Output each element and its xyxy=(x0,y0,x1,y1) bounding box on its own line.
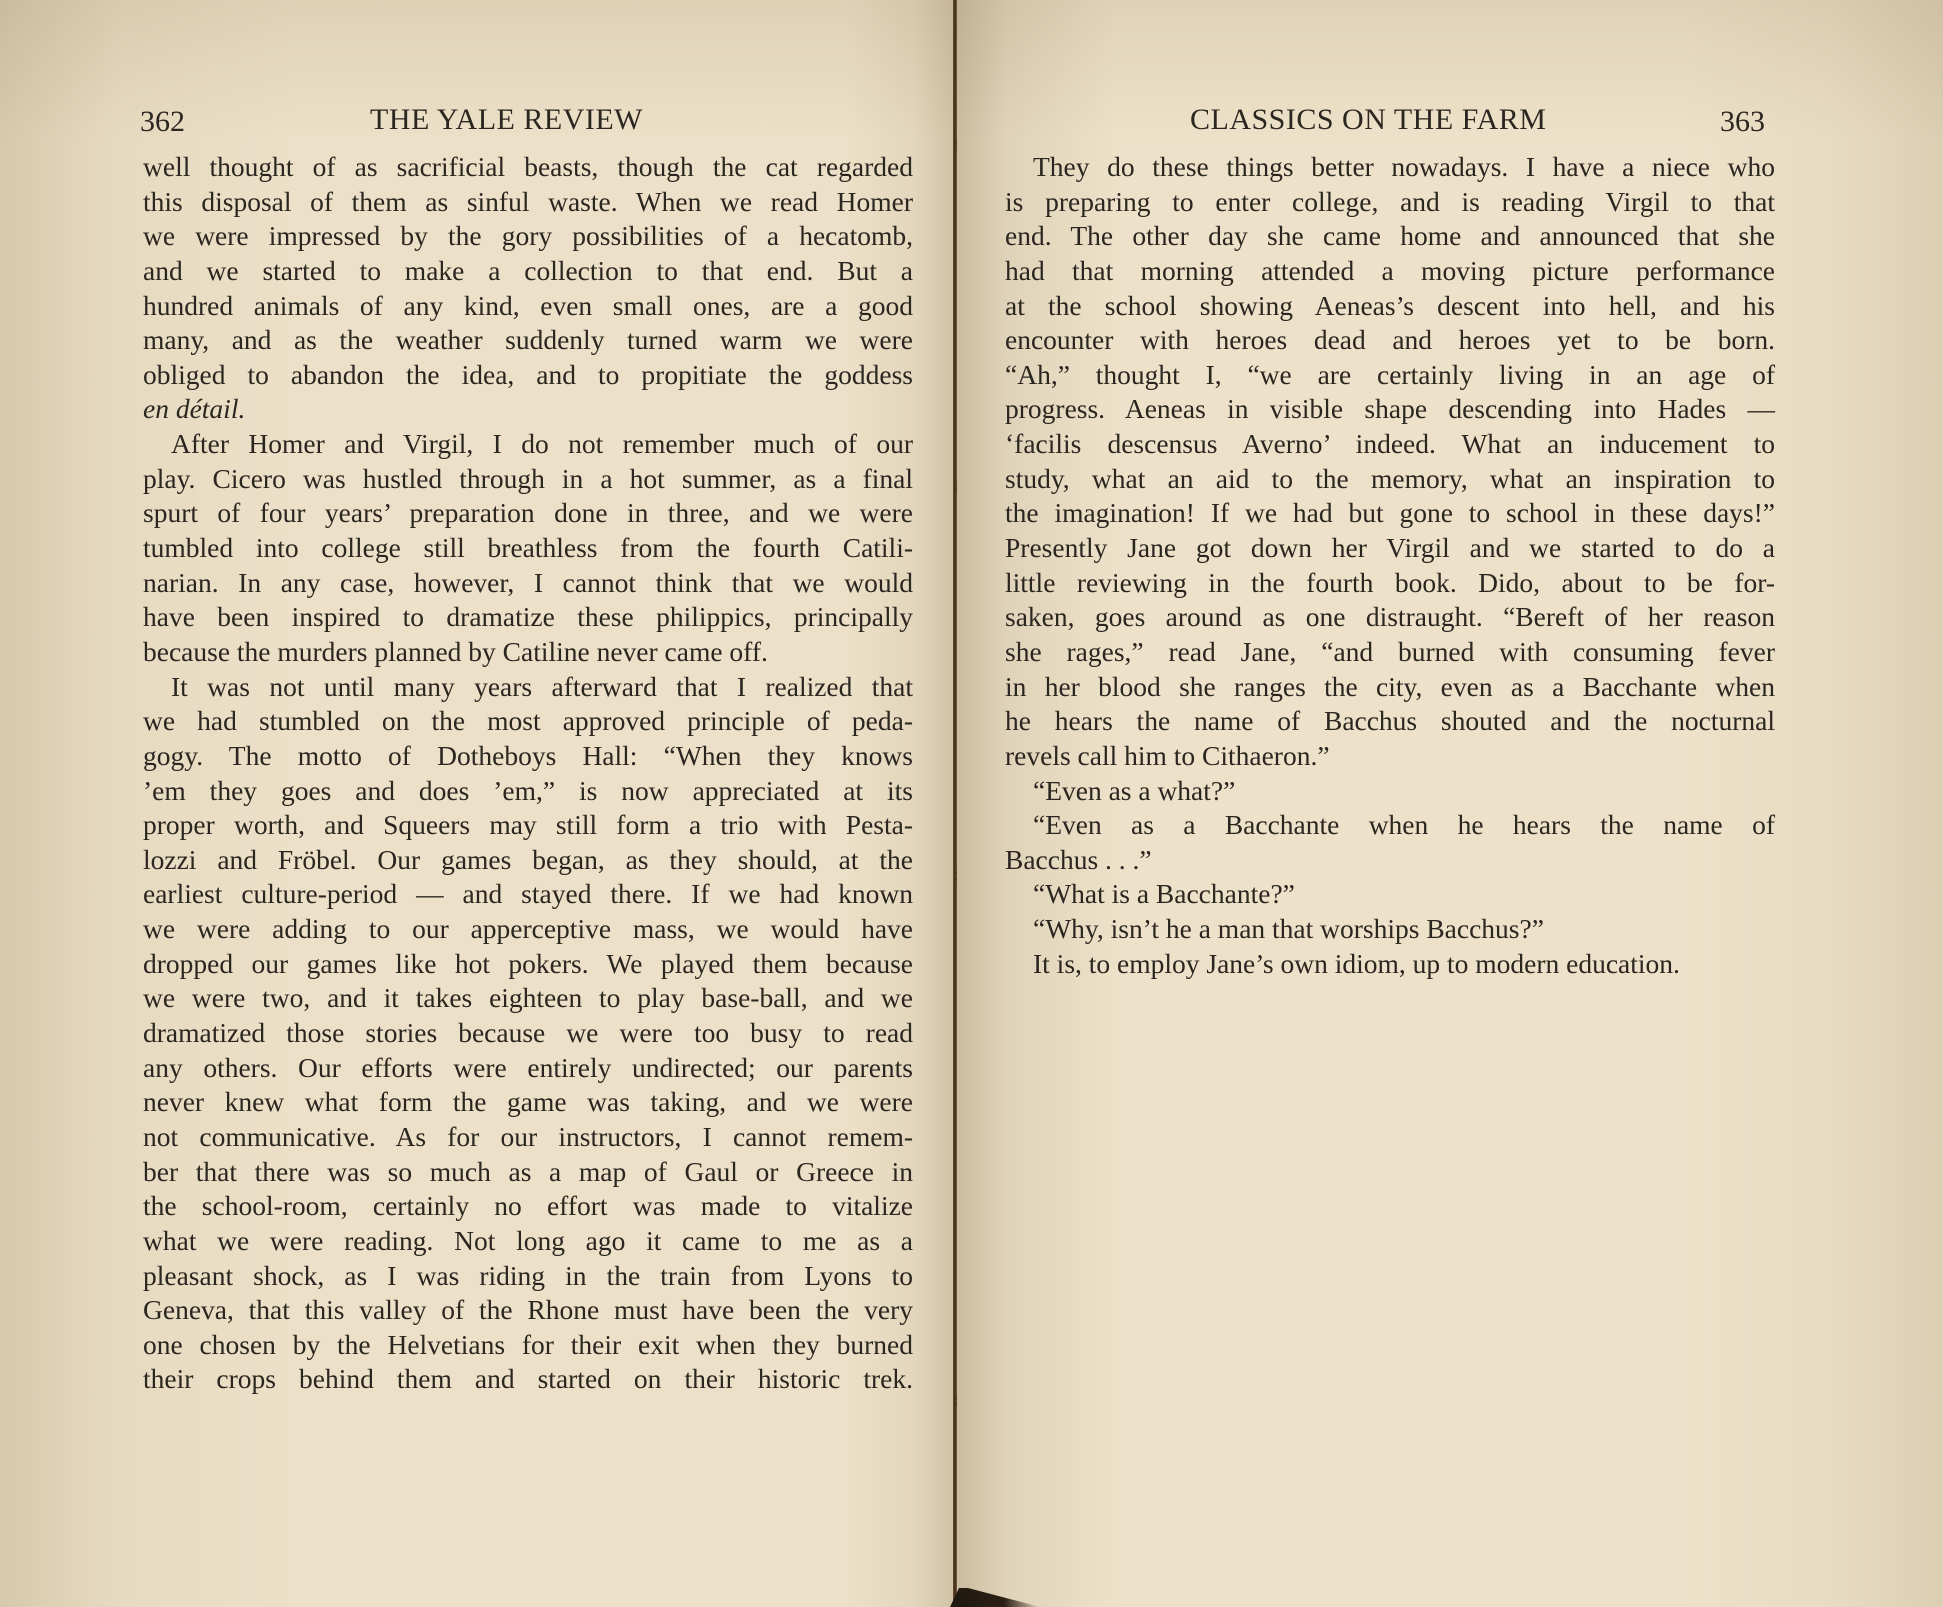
text-line: gogy. The motto of Dotheboys Hall: “When… xyxy=(143,739,913,774)
text-line: Presently Jane got down her Virgil and w… xyxy=(1005,531,1775,566)
text-line: what we were reading. Not long ago it ca… xyxy=(143,1224,913,1259)
text-line: spurt of four years’ preparation done in… xyxy=(143,496,913,531)
text-line: narian. In any case, however, I cannot t… xyxy=(143,566,913,601)
text-line: earliest culture-period — and stayed the… xyxy=(143,877,913,912)
text-line: It was not until many years afterward th… xyxy=(143,670,913,705)
text-line: dropped our games like hot pokers. We pl… xyxy=(143,947,913,982)
running-head-right: CLASSICS ON THE FARM xyxy=(1190,100,1546,140)
text-line: progress. Aeneas in visible shape descen… xyxy=(1005,392,1775,427)
text-line: Geneva, that this valley of the Rhone mu… xyxy=(143,1293,913,1328)
text-line: saken, goes around as one distraught. “B… xyxy=(1005,600,1775,635)
text-line: little reviewing in the fourth book. Did… xyxy=(1005,566,1775,601)
text-line: encounter with heroes dead and heroes ye… xyxy=(1005,323,1775,358)
running-head-left: THE YALE REVIEW xyxy=(370,100,643,140)
text-line: is preparing to enter college, and is re… xyxy=(1005,185,1775,220)
text-line: she rages,” read Jane, “and burned with … xyxy=(1005,635,1775,670)
text-line: we were adding to our apperceptive mass,… xyxy=(143,912,913,947)
text-line: this disposal of them as sinful waste. W… xyxy=(143,185,913,220)
text-line: had that morning attended a moving pictu… xyxy=(1005,254,1775,289)
page-number-right: 363 xyxy=(1720,102,1765,142)
text-line: “Even as a Bacchante when he hears the n… xyxy=(1005,808,1775,843)
text-line: the school-room, certainly no effort was… xyxy=(143,1189,913,1224)
text-line: ‘facilis descensus Averno’ indeed. What … xyxy=(1005,427,1775,462)
text-line: the imagination! If we had but gone to s… xyxy=(1005,496,1775,531)
text-line: their crops behind them and started on t… xyxy=(143,1362,913,1397)
text-line: tumbled into college still breathless fr… xyxy=(143,531,913,566)
right-page-body: They do these things better nowadays. I … xyxy=(1005,150,1775,981)
text-line: play. Cicero was hustled through in a ho… xyxy=(143,462,913,497)
text-line: lozzi and Fröbel. Our games began, as th… xyxy=(143,843,913,878)
text-line: never knew what form the game was taking… xyxy=(143,1085,913,1120)
text-line: well thought of as sacrificial beasts, t… xyxy=(143,150,913,185)
text-line: proper worth, and Squeers may still form… xyxy=(143,808,913,843)
text-line: study, what an aid to the memory, what a… xyxy=(1005,462,1775,497)
text-line: ’em they goes and does ’em,” is now appr… xyxy=(143,774,913,809)
left-page-body: well thought of as sacrificial beasts, t… xyxy=(143,150,913,1397)
text-line: It is, to employ Jane’s own idiom, up to… xyxy=(1005,947,1775,982)
text-line: obliged to abandon the idea, and to prop… xyxy=(143,358,913,393)
text-line: we were two, and it takes eighteen to pl… xyxy=(143,981,913,1016)
text-line: dramatized those stories because we were… xyxy=(143,1016,913,1051)
text-line: we were impressed by the gory possibilit… xyxy=(143,219,913,254)
text-line: not communicative. As for our instructor… xyxy=(143,1120,913,1155)
text-line: at the school showing Aeneas’s descent i… xyxy=(1005,289,1775,324)
text-line: “Even as a what?” xyxy=(1005,774,1775,809)
text-line: revels call him to Cithaeron.” xyxy=(1005,739,1775,774)
text-line: ber that there was so much as a map of G… xyxy=(143,1155,913,1190)
text-line: “Ah,” thought I, “we are certainly livin… xyxy=(1005,358,1775,393)
text-line: en détail. xyxy=(143,392,913,427)
book-spread: 362 THE YALE REVIEW well thought of as s… xyxy=(0,0,1943,1607)
text-line: he hears the name of Bacchus shouted and… xyxy=(1005,704,1775,739)
text-line: because the murders planned by Catiline … xyxy=(143,635,913,670)
text-line: Bacchus . . .” xyxy=(1005,843,1775,878)
page-number-left: 362 xyxy=(140,102,185,142)
text-line: many, and as the weather suddenly turned… xyxy=(143,323,913,358)
text-line: They do these things better nowadays. I … xyxy=(1005,150,1775,185)
text-line: “What is a Bacchante?” xyxy=(1005,877,1775,912)
text-line: have been inspired to dramatize these ph… xyxy=(143,600,913,635)
text-line: After Homer and Virgil, I do not remembe… xyxy=(143,427,913,462)
left-page: 362 THE YALE REVIEW well thought of as s… xyxy=(0,0,955,1607)
text-line: one chosen by the Helvetians for their e… xyxy=(143,1328,913,1363)
text-line: and we started to make a collection to t… xyxy=(143,254,913,289)
text-line: in her blood she ranges the city, even a… xyxy=(1005,670,1775,705)
text-line: “Why, isn’t he a man that worships Bacch… xyxy=(1005,912,1775,947)
text-line: pleasant shock, as I was riding in the t… xyxy=(143,1259,913,1294)
text-line: end. The other day she came home and ann… xyxy=(1005,219,1775,254)
text-line: hundred animals of any kind, even small … xyxy=(143,289,913,324)
text-line: we had stumbled on the most approved pri… xyxy=(143,704,913,739)
text-line: any others. Our efforts were entirely un… xyxy=(143,1051,913,1086)
